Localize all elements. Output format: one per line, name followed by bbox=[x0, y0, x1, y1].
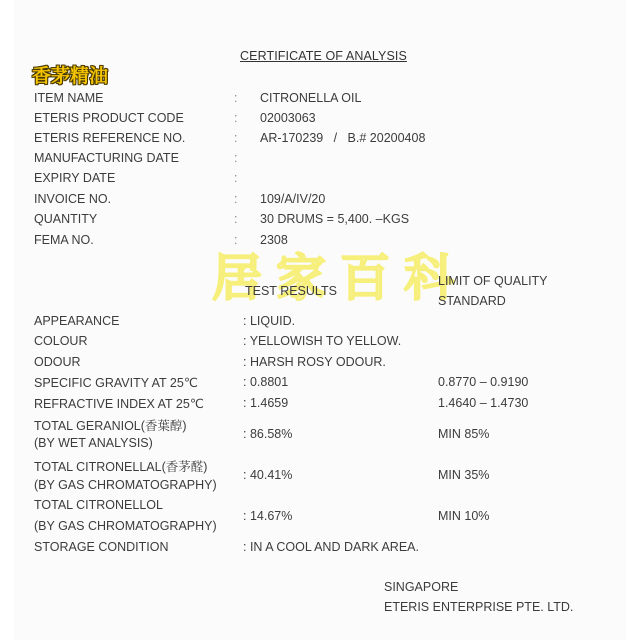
test-label-citronellal: TOTAL CITRONELLAL(香茅醛) bbox=[34, 457, 207, 475]
info-value-product-code: 02003063 bbox=[260, 111, 316, 125]
info-colon: : bbox=[234, 233, 237, 247]
test-label-citronellal-method: (BY GAS CHROMATOGRAPHY) bbox=[34, 478, 217, 492]
test-result-odour: : HARSH ROSY ODOUR. bbox=[243, 355, 386, 369]
header-limit-line1: LIMIT OF QUALITY bbox=[438, 274, 548, 288]
product-chinese-label: 香茅精油 bbox=[32, 61, 108, 88]
info-colon: : bbox=[234, 111, 237, 125]
test-label-geraniol: TOTAL GERANIOL(香葉醇) bbox=[34, 416, 187, 434]
info-label-invoice-no: INVOICE NO. bbox=[34, 192, 111, 206]
test-limit-citronellol: MIN 10% bbox=[438, 509, 489, 523]
info-label-product-code: ETERIS PRODUCT CODE bbox=[34, 111, 184, 125]
test-result-appearance: : LIQUID. bbox=[243, 314, 295, 328]
info-label-item-name: ITEM NAME bbox=[34, 91, 103, 105]
info-label-expiry-date: EXPIRY DATE bbox=[34, 171, 115, 185]
info-colon: : bbox=[234, 212, 237, 226]
test-result-specific-gravity: : 0.8801 bbox=[243, 375, 288, 389]
test-limit-citronellal: MIN 35% bbox=[438, 468, 489, 482]
info-colon: : bbox=[234, 131, 237, 145]
footer-company: ETERIS ENTERPRISE PTE. LTD. bbox=[384, 600, 573, 614]
info-label-quantity: QUANTITY bbox=[34, 212, 97, 226]
info-value-invoice-no: 109/A/IV/20 bbox=[260, 192, 325, 206]
info-label-manufacturing-date: MANUFACTURING DATE bbox=[34, 151, 179, 165]
test-result-geraniol: : 86.58% bbox=[243, 427, 292, 441]
test-label-colour: COLOUR bbox=[34, 334, 87, 348]
test-label-appearance: APPEARANCE bbox=[34, 314, 119, 328]
test-label-odour: ODOUR bbox=[34, 355, 81, 369]
test-label-storage: STORAGE CONDITION bbox=[34, 540, 169, 554]
test-limit-refractive-index: 1.4640 – 1.4730 bbox=[438, 396, 528, 410]
info-value-quantity: 30 DRUMS = 5,400. –KGS bbox=[260, 212, 409, 226]
test-limit-geraniol: MIN 85% bbox=[438, 427, 489, 441]
info-colon: : bbox=[234, 171, 237, 185]
test-result-refractive-index: : 1.4659 bbox=[243, 396, 288, 410]
info-colon: : bbox=[234, 91, 237, 105]
info-colon: : bbox=[234, 151, 237, 165]
header-test-results: TEST RESULTS bbox=[245, 284, 337, 298]
header-limit-line2: STANDARD bbox=[438, 294, 506, 308]
test-result-citronellal: : 40.41% bbox=[243, 468, 292, 482]
test-result-colour: : YELLOWISH TO YELLOW. bbox=[243, 334, 401, 348]
test-label-specific-gravity: SPECIFIC GRAVITY AT 25℃ bbox=[34, 375, 198, 390]
test-label-citronellol: TOTAL CITRONELLOL bbox=[34, 498, 163, 512]
test-result-citronellol: : 14.67% bbox=[243, 509, 292, 523]
test-label-refractive-index: REFRACTIVE INDEX AT 25℃ bbox=[34, 396, 204, 411]
footer-location: SINGAPORE bbox=[384, 580, 458, 594]
info-value-fema-no: 2308 bbox=[260, 233, 288, 247]
test-limit-specific-gravity: 0.8770 – 0.9190 bbox=[438, 375, 528, 389]
test-label-geraniol-method: (BY WET ANALYSIS) bbox=[34, 436, 153, 450]
test-label-citronellol-method: (BY GAS CHROMATOGRAPHY) bbox=[34, 519, 217, 533]
info-colon: : bbox=[234, 192, 237, 206]
test-result-storage: : IN A COOL AND DARK AREA. bbox=[243, 540, 419, 554]
info-label-reference-no: ETERIS REFERENCE NO. bbox=[34, 131, 185, 145]
document-title: CERTIFICATE OF ANALYSIS bbox=[240, 49, 407, 63]
info-value-reference-no: AR-170239 / B.# 20200408 bbox=[260, 131, 425, 145]
info-value-item-name: CITRONELLA OIL bbox=[260, 91, 361, 105]
info-label-fema-no: FEMA NO. bbox=[34, 233, 94, 247]
